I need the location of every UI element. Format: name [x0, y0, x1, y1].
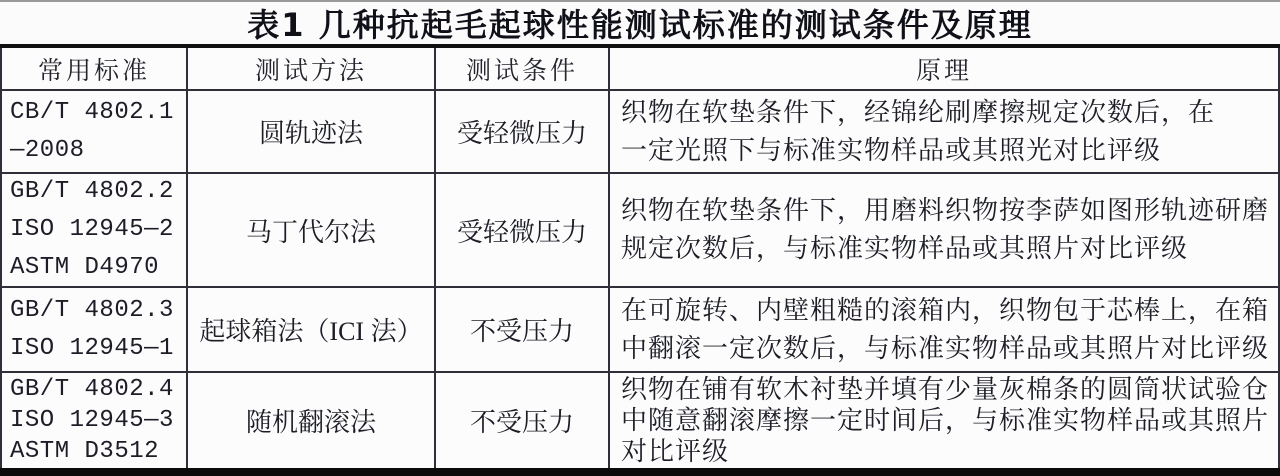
cell-standards-row2: GB/T 4802.2 ISO 12945—2 ASTM D4970: [2, 174, 188, 288]
cell-method-row1: 圆轨迹法: [188, 91, 436, 174]
table-title: 表1 几种抗起毛起球性能测试标准的测试条件及原理: [247, 0, 1032, 46]
column-header-method: 测试方法: [188, 48, 436, 91]
column-header-standards: 常用标准: [2, 48, 188, 91]
cell-method-row3: 起球箱法（ICI 法）: [188, 288, 436, 373]
cell-principle-row1: 织物在软垫条件下，经锦纶刷摩擦规定次数后，在 一定光照下与标准实物样品或其照光对…: [610, 91, 1280, 174]
cell-principle-row4: 织物在铺有软木衬垫并填有少量灰棉条的圆筒状试验仓 中随意翻滚摩擦一定时间后，与标…: [610, 373, 1280, 468]
cell-principle-row2: 织物在软垫条件下，用磨料织物按李萨如图形轨迹研磨 规定次数后，与标准实物样品或其…: [610, 174, 1280, 288]
cell-condition-row4: 不受压力: [436, 373, 610, 468]
column-header-principle: 原理: [610, 48, 1280, 91]
cell-condition-row2: 受轻微压力: [436, 174, 610, 288]
column-header-condition: 测试条件: [436, 48, 610, 91]
cell-standards-row4: GB/T 4802.4 ISO 12945—3 ASTM D3512: [2, 373, 188, 468]
cell-method-row4: 随机翻滚法: [188, 373, 436, 468]
table-bottom-border: [0, 468, 1280, 476]
cell-standards-row3: GB/T 4802.3 ISO 12945—1: [2, 288, 188, 373]
cell-condition-row3: 不受压力: [436, 288, 610, 373]
document-table-page: 表1 几种抗起毛起球性能测试标准的测试条件及原理 常用标准 测试方法 测试条件 …: [0, 0, 1280, 476]
cell-condition-row1: 受轻微压力: [436, 91, 610, 174]
table-title-row: 表1 几种抗起毛起球性能测试标准的测试条件及原理: [0, 2, 1280, 44]
standards-table: 常用标准 测试方法 测试条件 原理 CB/T 4802.1 —2008 圆轨迹法…: [0, 48, 1280, 468]
cell-principle-row3: 在可旋转、内壁粗糙的滚箱内，织物包于芯棒上，在箱 中翻滚一定次数后，与标准实物样…: [610, 288, 1280, 373]
cell-standards-row1: CB/T 4802.1 —2008: [2, 91, 188, 174]
cell-method-row2: 马丁代尔法: [188, 174, 436, 288]
